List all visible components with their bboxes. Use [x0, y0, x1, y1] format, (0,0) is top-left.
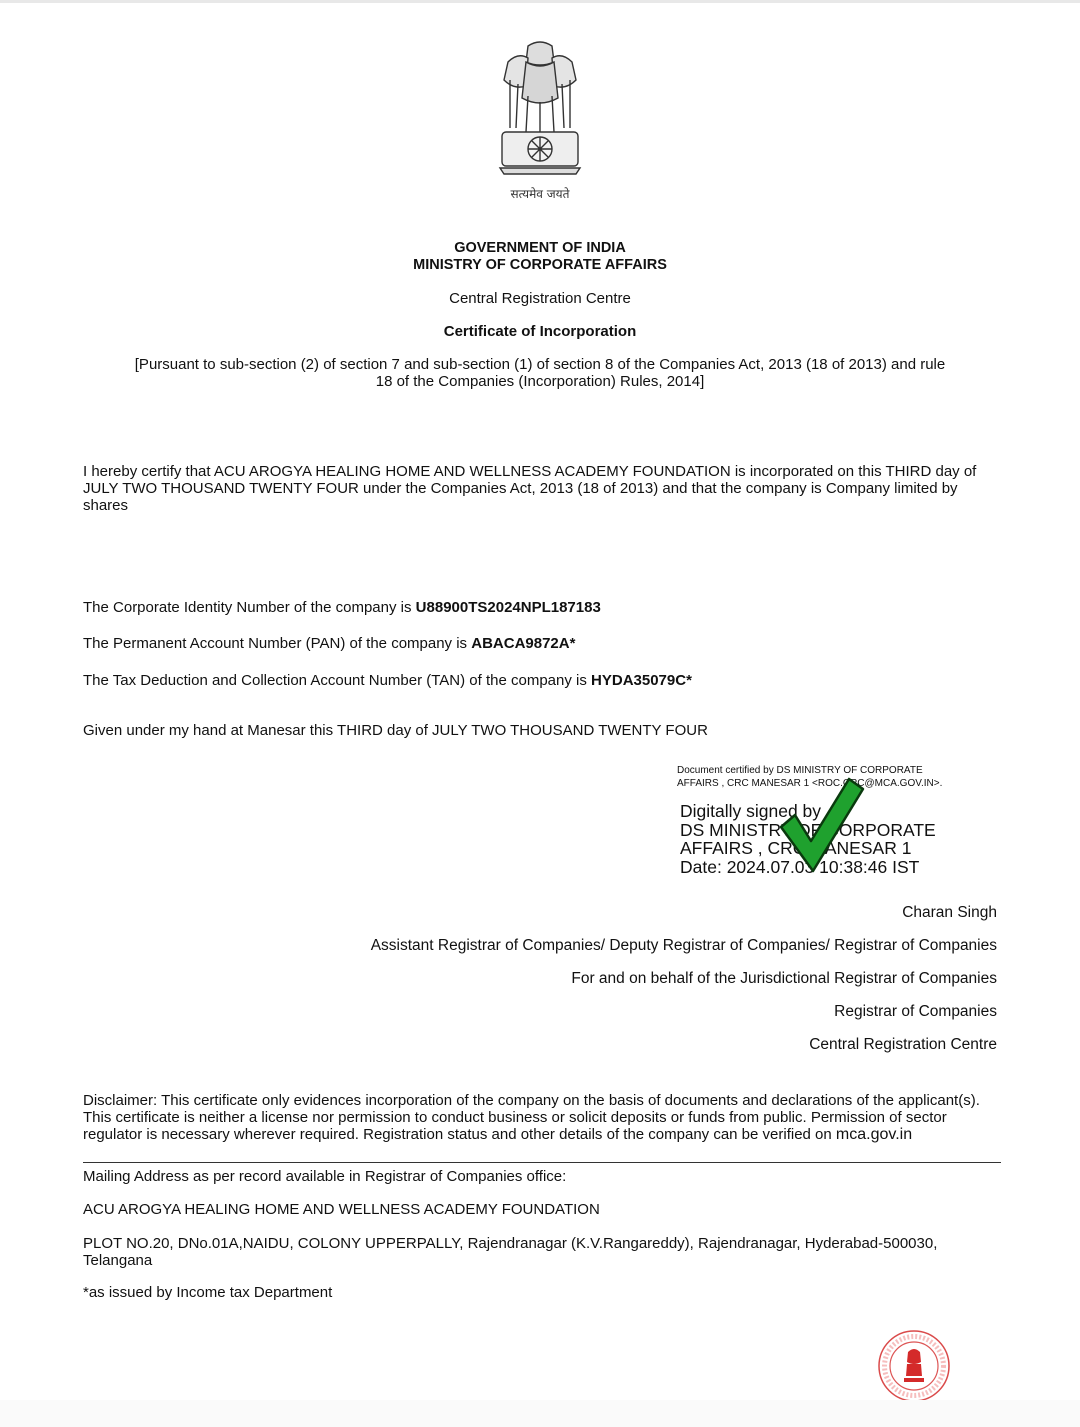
state-emblem: सत्यमेव जयते	[488, 36, 592, 206]
pursuant-line-2: 18 of the Companies (Incorporation) Rule…	[0, 373, 1080, 390]
svg-text:सत्यमेव जयते: सत्यमेव जयते	[511, 187, 571, 201]
header-office: Central Registration Centre	[0, 290, 1080, 307]
signature-valid-checkmark-icon	[777, 775, 867, 875]
certification-text: I hereby certify that ACU AROGYA HEALING…	[83, 463, 1003, 514]
mailing-company: ACU AROGYA HEALING HOME AND WELLNESS ACA…	[83, 1201, 1003, 1218]
ashoka-lion-capital-icon: सत्यमेव जयते	[488, 36, 592, 206]
signatory-name: Charan Singh	[902, 904, 997, 922]
signatory-role: Registrar of Companies	[834, 1003, 997, 1021]
signatory-on-behalf: For and on behalf of the Jurisdictional …	[571, 970, 997, 988]
mailing-address: PLOT NO.20, DNo.01A,NAIDU, COLONY UPPERP…	[83, 1235, 983, 1269]
header-government: GOVERNMENT OF INDIA	[0, 240, 1080, 257]
roc-seal-icon	[876, 1328, 952, 1404]
bottom-edge	[0, 1400, 1080, 1427]
tan-line: The Tax Deduction and Collection Account…	[83, 672, 1003, 689]
tan-label: The Tax Deduction and Collection Account…	[83, 672, 591, 689]
checkmark-shape	[781, 779, 863, 871]
cin-value: U88900TS2024NPL187183	[416, 599, 601, 616]
top-edge	[0, 0, 1080, 3]
cin-label: The Corporate Identity Number of the com…	[83, 599, 416, 616]
mca-link[interactable]: mca.gov.in	[836, 1126, 912, 1143]
disclaimer: Disclaimer: This certificate only eviden…	[83, 1093, 1001, 1143]
given-under-text: Given under my hand at Manesar this THIR…	[83, 722, 1003, 739]
divider	[83, 1162, 1001, 1163]
certificate-title: Certificate of Incorporation	[0, 323, 1080, 340]
signatory-office: Central Registration Centre	[809, 1036, 997, 1054]
pan-label: The Permanent Account Number (PAN) of th…	[83, 635, 471, 652]
mailing-label: Mailing Address as per record available …	[83, 1168, 1003, 1185]
pursuant-line-1: [Pursuant to sub-section (2) of section …	[0, 356, 1080, 373]
cin-line: The Corporate Identity Number of the com…	[83, 599, 1003, 616]
signatory-designation: Assistant Registrar of Companies/ Deputy…	[371, 937, 997, 955]
header-ministry: MINISTRY OF CORPORATE AFFAIRS	[0, 257, 1080, 274]
tan-value: HYDA35079C*	[591, 672, 692, 689]
pan-line: The Permanent Account Number (PAN) of th…	[83, 635, 1003, 652]
pan-value: ABACA9872A*	[471, 635, 575, 652]
footnote: *as issued by Income tax Department	[83, 1284, 1003, 1301]
